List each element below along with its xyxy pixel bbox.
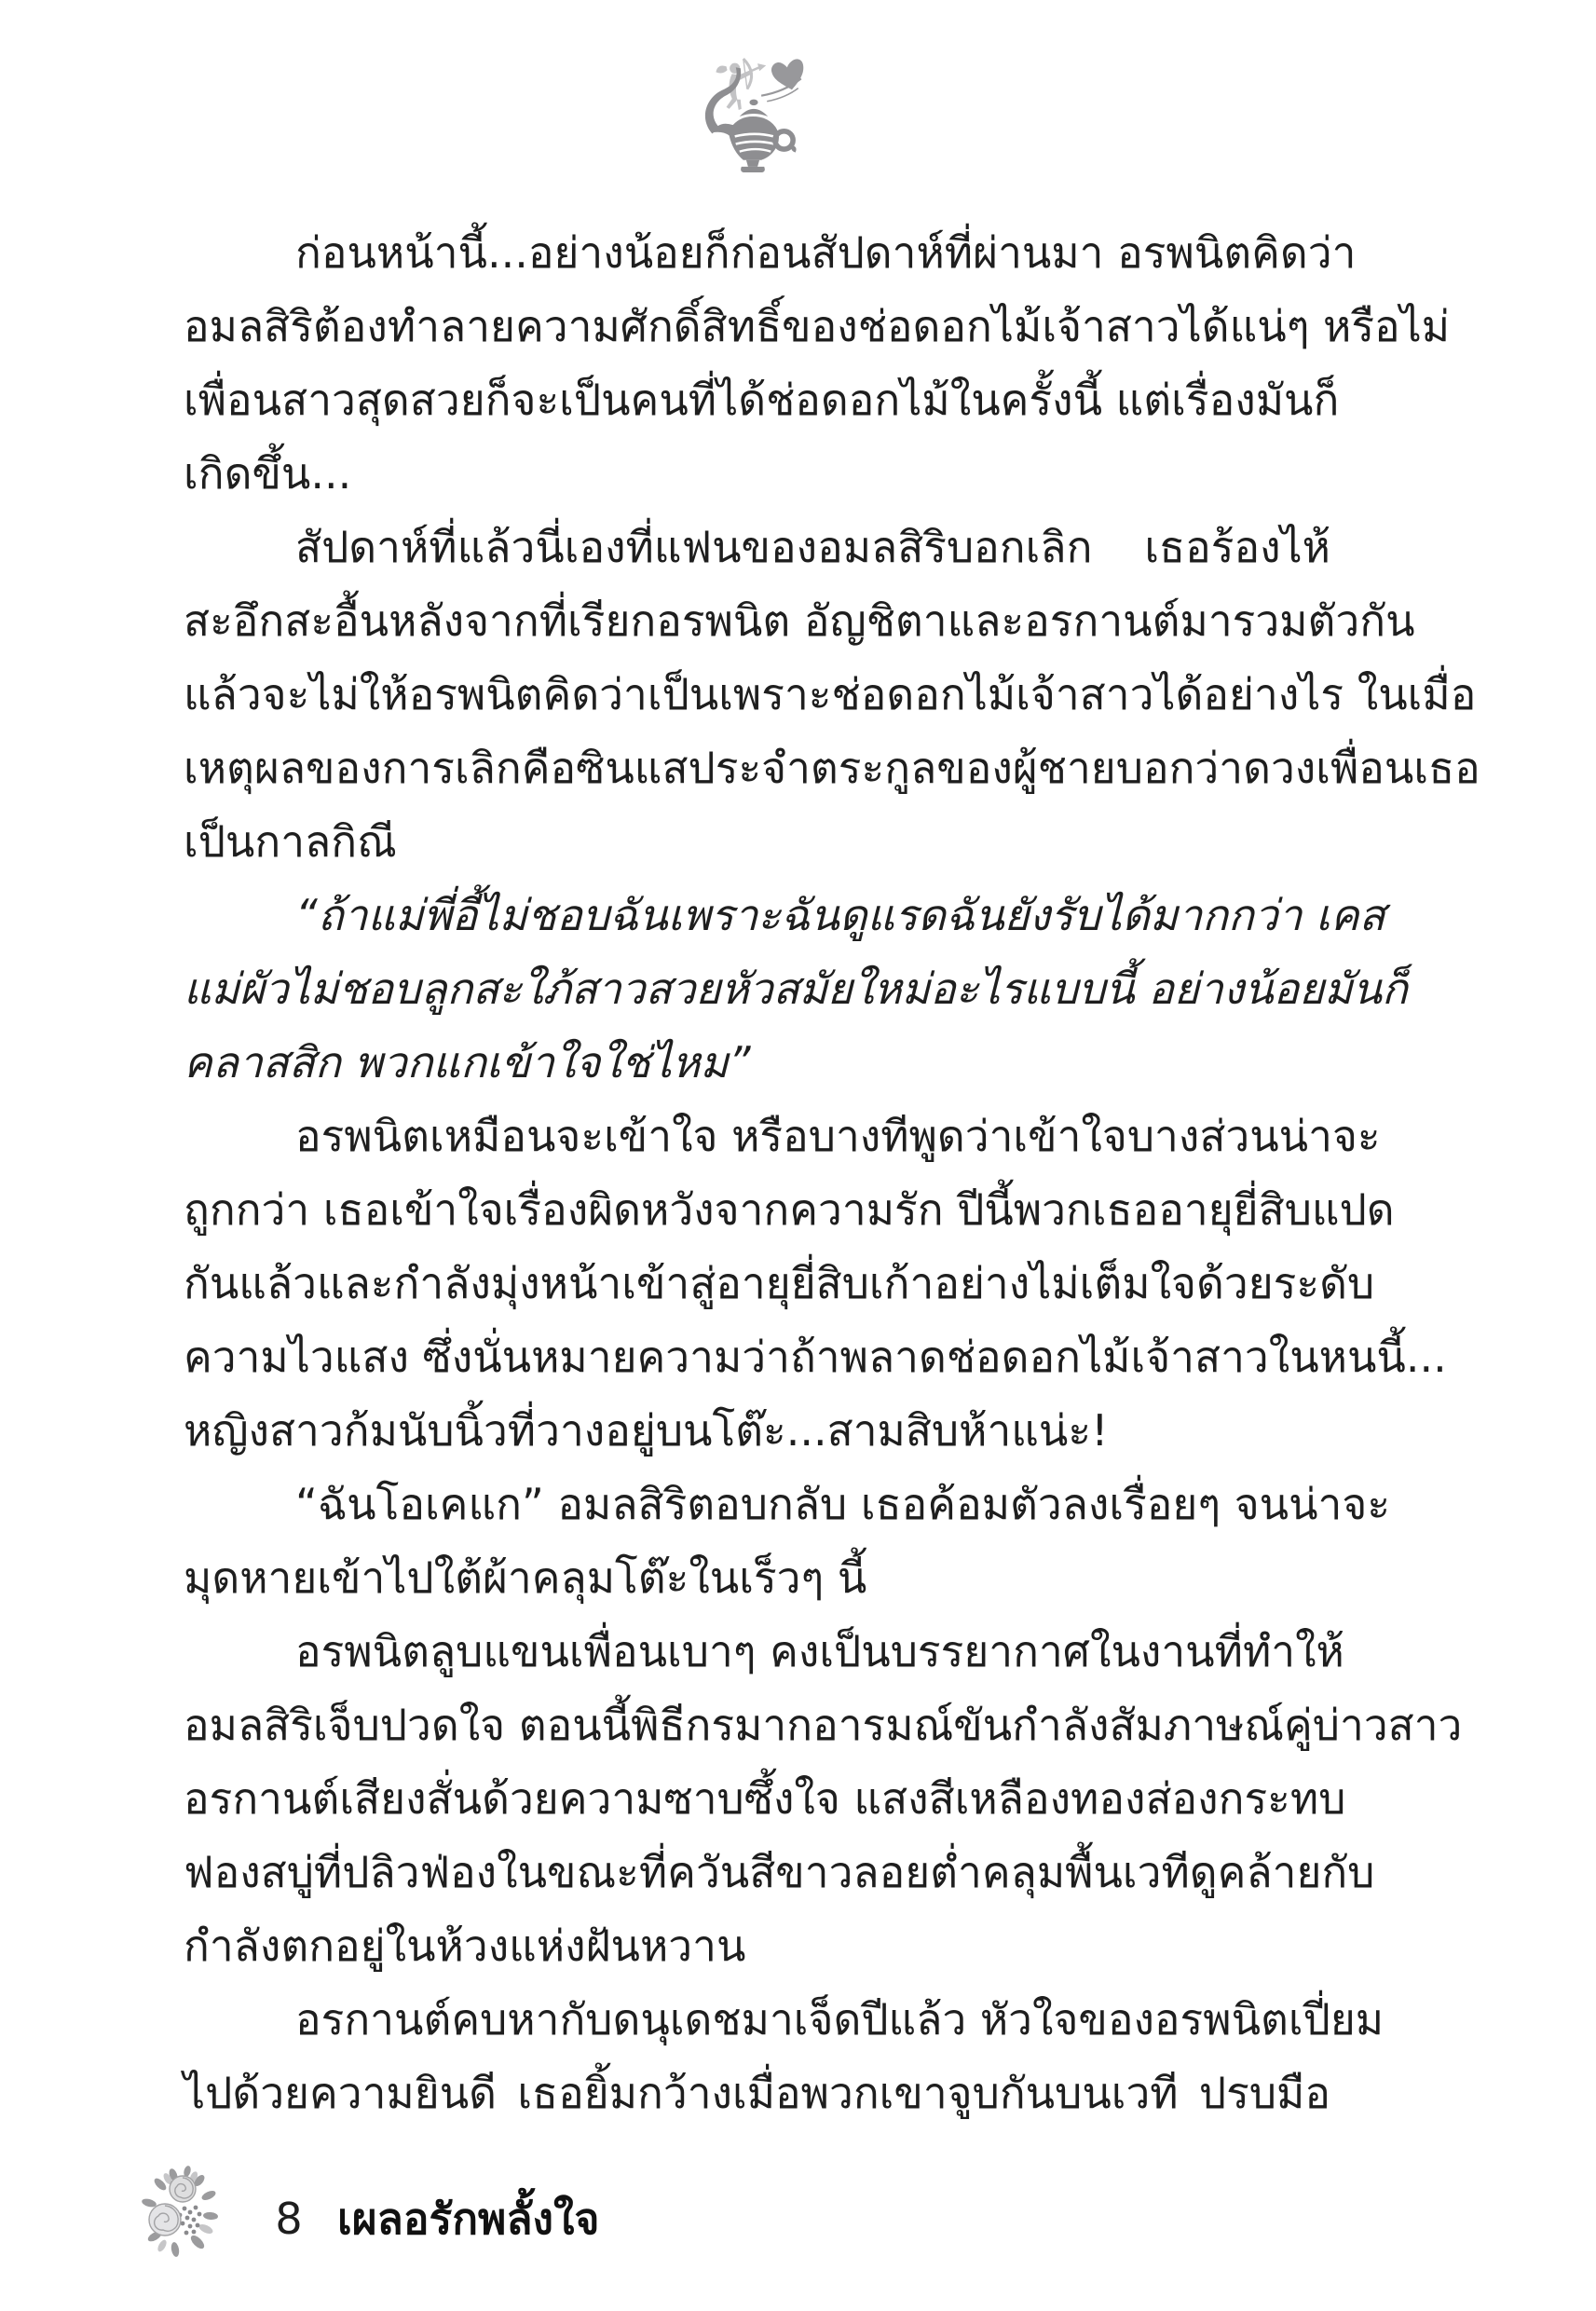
paragraph: ก่อนหน้านี้...อย่างน้อยก็ก่อนสัปดาห์ที่ผ… <box>184 216 1330 511</box>
paragraph: สัปดาห์ที่แล้วนี่เองที่แฟนของอมลสิริบอกเ… <box>184 511 1330 879</box>
text-line: เกิดขึ้น... <box>184 437 1330 511</box>
cupid-magic-lamp-icon <box>693 52 814 175</box>
text-line: ก่อนหน้านี้...อย่างน้อยก็ก่อนสัปดาห์ที่ผ… <box>184 216 1330 290</box>
text-line: สัปดาห์ที่แล้วนี่เองที่แฟนของอมลสิริบอกเ… <box>184 511 1330 584</box>
text-line: เพื่อนสาวสุดสวยก็จะเป็นคนที่ได้ช่อดอกไม้… <box>184 363 1330 437</box>
text-line: อมลสิริต้องทำลายความศักดิ์สิทธิ์ของช่อดอ… <box>184 290 1330 363</box>
text-line: อรพนิตลูบแขนเพื่อนเบาๆ คงเป็นบรรยากาศในง… <box>184 1615 1330 1689</box>
page-footer: 8 เผลอรักพลั้งใจ <box>0 2160 1596 2290</box>
book-page: ก่อนหน้านี้...อย่างน้อยก็ก่อนสัปดาห์ที่ผ… <box>0 0 1596 2311</box>
paragraph: อรกานต์คบหากับดนุเดชมาเจ็ดปีแล้ว หัวใจขอ… <box>184 1983 1330 2130</box>
text-line: สะอึกสะอื้นหลังจากที่เรียกอรพนิต อัญชิตา… <box>184 584 1330 658</box>
text-line: “ฉันโอเคแก” อมลสิริตอบกลับ เธอค้อมตัวลงเ… <box>184 1468 1330 1541</box>
text-line: อมลสิริเจ็บปวดใจ ตอนนี้พิธีกรมากอารมณ์ขั… <box>184 1689 1330 1762</box>
text-line: แล้วจะไม่ให้อรพนิตคิดว่าเป็นเพราะช่อดอกไ… <box>184 658 1330 732</box>
text-line: เป็นกาลกิณี <box>184 805 1330 879</box>
text-line: หญิงสาวก้มนับนิ้วที่วางอยู่บนโต๊ะ...สามส… <box>184 1394 1330 1468</box>
paragraph: “ถ้าแม่พี่อี้ไม่ชอบฉันเพราะฉันดูแรดฉันยั… <box>184 879 1330 1100</box>
paragraph: “ฉันโอเคแก” อมลสิริตอบกลับ เธอค้อมตัวลงเ… <box>184 1468 1330 1615</box>
text-line: คลาสสิก พวกแกเข้าใจใช่ไหม” <box>184 1026 1330 1100</box>
text-line: เหตุผลของการเลิกคือซินแสประจำตระกูลของผู… <box>184 732 1330 805</box>
text-line: ถูกกว่า เธอเข้าใจเรื่องผิดหวังจากความรัก… <box>184 1173 1330 1247</box>
text-line: กันแล้วและกำลังมุ่งหน้าเข้าสู่อายุยี่สิบ… <box>184 1247 1330 1320</box>
header-ornament <box>693 52 814 175</box>
text-line: มุดหายเข้าไปใต้ผ้าคลุมโต๊ะในเร็วๆ นี้ <box>184 1541 1330 1615</box>
text-line: ความไวแสง ซึ่งนั่นหมายความว่าถ้าพลาดช่อด… <box>184 1320 1330 1394</box>
body-text: ก่อนหน้านี้...อย่างน้อยก็ก่อนสัปดาห์ที่ผ… <box>184 216 1330 2130</box>
text-line: อรกานต์เสียงสั่นด้วยความซาบซึ้งใจ แสงสีเ… <box>184 1762 1330 1836</box>
text-line: อรพนิตเหมือนจะเข้าใจ หรือบางทีพูดว่าเข้า… <box>184 1100 1330 1173</box>
text-line: “ถ้าแม่พี่อี้ไม่ชอบฉันเพราะฉันดูแรดฉันยั… <box>184 879 1330 952</box>
text-line: กำลังตกอยู่ในห้วงแห่งฝันหวาน <box>184 1909 1330 1983</box>
paragraph: อรพนิตลูบแขนเพื่อนเบาๆ คงเป็นบรรยากาศในง… <box>184 1615 1330 1983</box>
paragraph: อรพนิตเหมือนจะเข้าใจ หรือบางทีพูดว่าเข้า… <box>184 1100 1330 1468</box>
text-line: ไปด้วยความยินดี เธอยิ้มกว้างเมื่อพวกเขาจ… <box>184 2057 1330 2130</box>
text-line: แม่ผัวไม่ชอบลูกสะใภ้สาวสวยหัวสมัยใหม่อะไ… <box>184 952 1330 1026</box>
text-line: อรกานต์คบหากับดนุเดชมาเจ็ดปีแล้ว หัวใจขอ… <box>184 1983 1330 2057</box>
rose-bouquet-icon <box>136 2164 229 2264</box>
book-title: เผลอรักพลั้งใจ <box>337 2192 599 2246</box>
page-number: 8 <box>252 2192 326 2246</box>
text-line: ฟองสบู่ที่ปลิวฟ่องในขณะที่ควันสีขาวลอยต่… <box>184 1836 1330 1909</box>
